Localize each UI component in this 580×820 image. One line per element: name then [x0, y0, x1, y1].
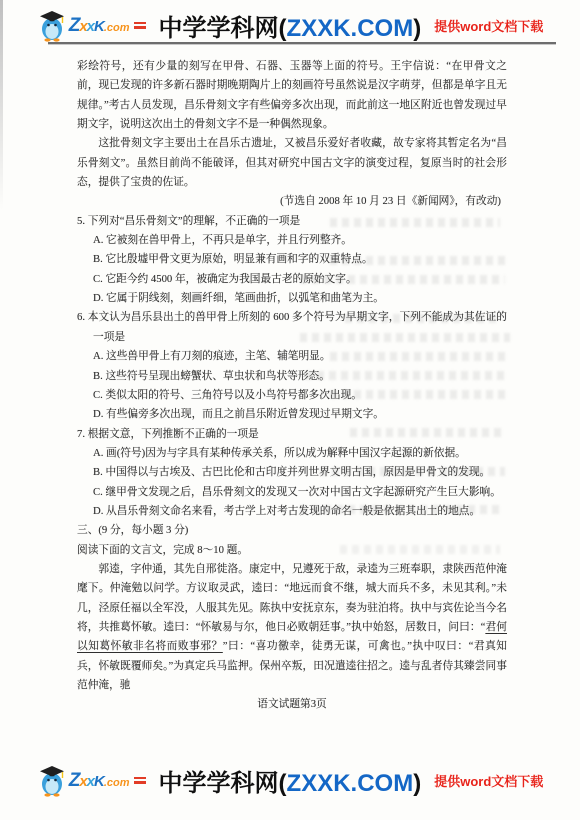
scan-ghost: [300, 333, 510, 342]
option-d: D. 有些偏旁多次出现，而且之前昌乐附近曾发现过早期文字。: [77, 405, 507, 424]
page-number: 语文试题第3页: [77, 695, 507, 714]
question-6: 6. 本文认为昌乐县出土的兽甲骨上所刻的 600 多个符号为早期文字，下列不能成…: [77, 308, 507, 424]
document-body: 彩绘符号，还有少量的刻写在甲骨、石器、玉器等上面的符号。王宇信说：“在甲骨文之前…: [77, 57, 507, 715]
site-footer-banner: ZxxK.com 中学学科网(ZXXK.COM) 提供word文档下载: [0, 761, 580, 799]
site-title: 中学学科网(ZXXK.COM): [159, 763, 422, 798]
logo-letter: x: [79, 773, 86, 790]
site-name-cn: 中学学科网: [159, 770, 279, 797]
passage-text: 郭逵，字仲通，其先自邢徙洛。康定中，兄遵死于敌，录逵为三班奉职，隶陕西范仲淹麾下…: [77, 563, 507, 633]
logo-domain-suffix: .com: [104, 777, 130, 789]
logo-letter: x: [79, 18, 86, 35]
site-title: 中学学科网(ZXXK.COM): [159, 8, 422, 43]
zxxk-logo: ZxxK.com: [37, 764, 146, 797]
site-header-banner: ZxxK.com 中学学科网(ZXXK.COM) 提供word文档下载: [0, 6, 580, 44]
logo-domain-suffix: .com: [104, 22, 130, 34]
site-name-cn: 中学学科网: [159, 15, 279, 42]
section-heading: 三、(9 分，每小题 3 分): [77, 521, 507, 540]
paren: ): [413, 770, 421, 797]
option-c: C. 继甲骨文发现之后，昌乐骨刻文的发现又一次对中国古文字起源研究产生巨大影响。: [77, 483, 507, 502]
scan-ghost: [330, 352, 505, 361]
scanned-exam-page: ZxxK.com 中学学科网(ZXXK.COM) 提供word文档下载 彩绘符号…: [0, 0, 580, 820]
scan-ghost: [320, 467, 505, 476]
graduate-mascot-icon: [37, 764, 67, 797]
option-a: A. 它被刻在兽甲骨上，不再只是单字，并且行列整齐。: [77, 231, 507, 250]
scan-ghost: [350, 428, 505, 437]
logo-wordmark: ZxxK.com: [69, 16, 130, 35]
scan-ghost: [305, 371, 505, 380]
scan-ghost: [340, 545, 500, 554]
classical-passage: 郭逵，字仲通，其先自邢徙洛。康定中，兄遵死于敌，录逵为三班奉职，隶陕西范仲淹麾下…: [77, 560, 507, 695]
paragraph-continuation: 彩绘符号，还有少量的刻写在甲骨、石器、玉器等上面的符号。王宇信说：“在甲骨文之前…: [77, 57, 507, 134]
logo-red-marks: [134, 22, 146, 29]
paren: ): [413, 15, 421, 42]
scan-ghost: [330, 390, 505, 399]
paren: (: [279, 15, 287, 42]
source-attribution: (节选自 2008 年 10 月 23 日《新闻网》，有改动): [77, 192, 507, 211]
scan-ghost: [300, 505, 500, 514]
logo-letter: x: [87, 18, 94, 35]
scan-ghost: [330, 256, 510, 265]
logo-letter: Z: [69, 15, 80, 36]
logo-letter: x: [87, 773, 94, 790]
scan-ghost: [345, 314, 500, 323]
paren: (: [279, 770, 287, 797]
paragraph: 这批骨刻文字主要出土在昌乐古遗址，又被昌乐爱好者收藏，故专家将其暂定名为“昌乐骨…: [77, 134, 507, 192]
logo-letter: K: [94, 773, 104, 790]
graduate-mascot-icon: [37, 9, 67, 42]
option-a: A. 画(符号)因为与字具有某种传承关系，所以成为解释中国汉字起源的新依据。: [77, 444, 507, 463]
scan-ghost: [330, 218, 500, 227]
logo-red-marks: [134, 777, 146, 784]
site-domain: ZXXK.COM: [287, 770, 414, 797]
scan-ghost: [300, 275, 505, 284]
site-domain: ZXXK.COM: [287, 15, 414, 42]
logo-wordmark: ZxxK.com: [69, 771, 130, 790]
zxxk-logo: ZxxK.com: [37, 9, 146, 42]
download-tagline: 提供word文档下载: [434, 771, 543, 790]
header-divider: [48, 42, 556, 45]
option-d: D. 它属于阴线刻，刻画纤细，笔画曲折，以弧笔和曲笔为主。: [77, 289, 507, 308]
logo-letter: K: [94, 18, 104, 35]
download-tagline: 提供word文档下载: [434, 16, 543, 35]
logo-letter: Z: [69, 770, 80, 791]
